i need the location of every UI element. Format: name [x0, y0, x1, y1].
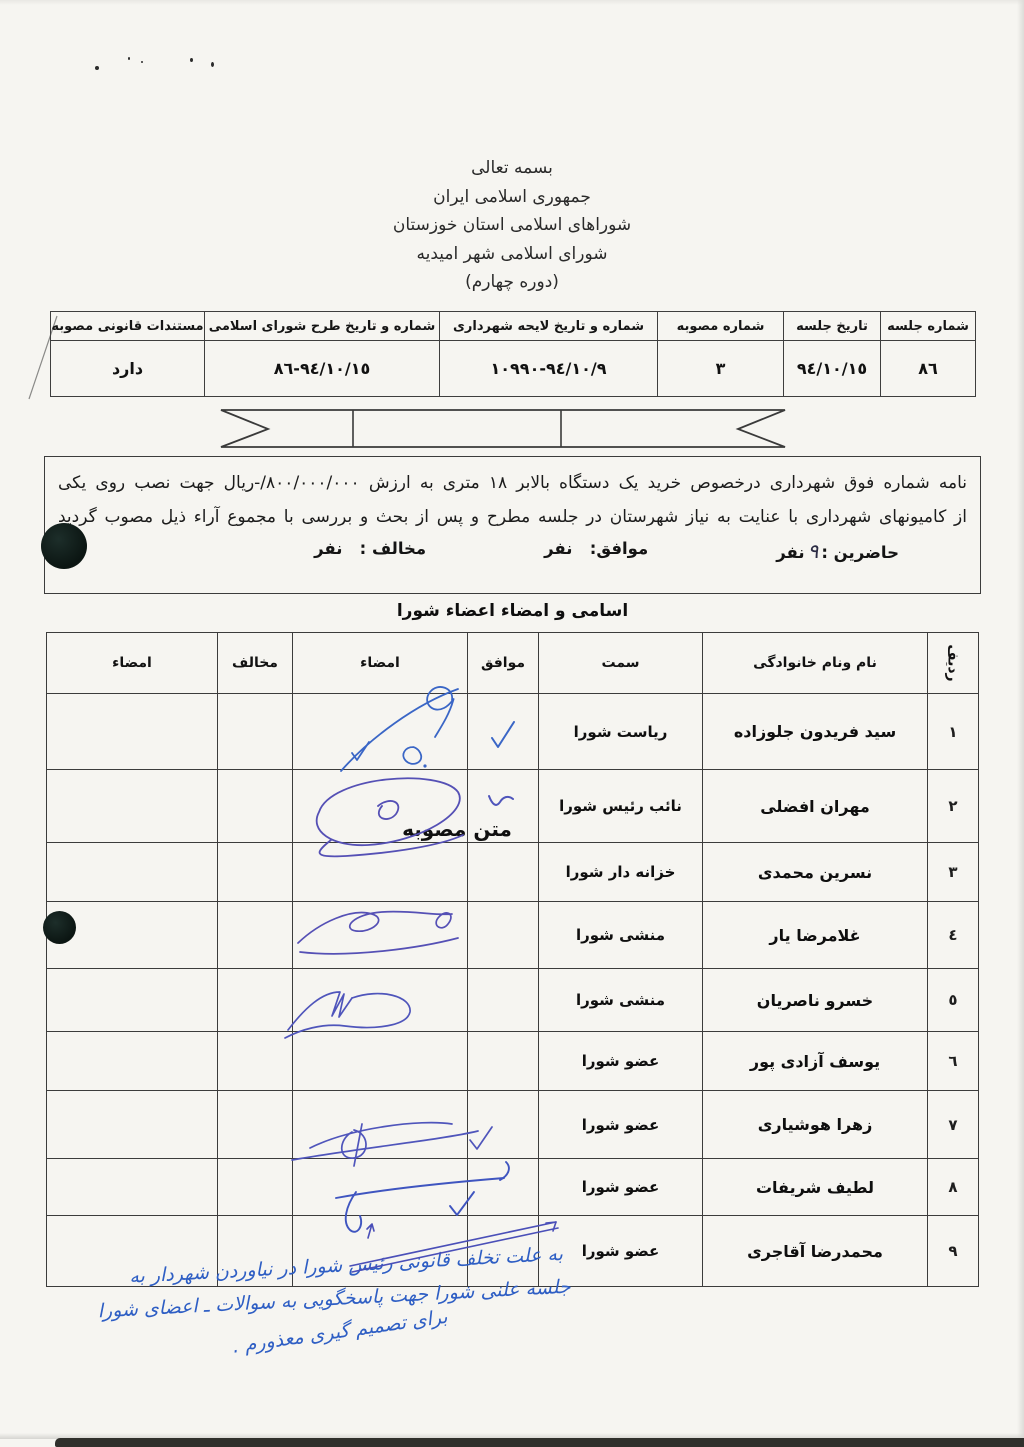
member-row: ٢ مهران افضلی نائب رئیس شورا — [47, 770, 979, 843]
meta-header-plan-no-date: شماره و تاریخ طرح شورای اسلامی — [205, 312, 440, 341]
meta-value-plan-no-date: ٩٤/١٠/١٥-٨٦ — [205, 341, 440, 397]
scan-edge-bottom — [55, 1438, 1024, 1447]
ink-speck — [211, 62, 214, 67]
meta-value-bill-no-date: ٩٤/١٠/٩-١٠٩٩٠ — [440, 341, 658, 397]
punch-hole — [43, 911, 76, 944]
oppose-signature-cell — [47, 969, 218, 1032]
agree-cell — [468, 694, 539, 770]
member-position: خزانه دار شورا — [539, 843, 703, 902]
agree-count: موافق: نفر — [544, 539, 648, 563]
meta-header-session-date: تاریخ جلسه — [784, 312, 881, 341]
member-position: عضو شورا — [539, 1032, 703, 1091]
oppose-signature-cell — [47, 843, 218, 902]
member-row: ٧ زهرا هوشیاری عضو شورا — [47, 1091, 979, 1159]
row-number: ٢ — [928, 770, 979, 843]
oppose-signature-cell — [47, 694, 218, 770]
row-number: ٣ — [928, 843, 979, 902]
scan-edge-top — [0, 0, 1024, 5]
members-signature-table: ردیف نام ونام خانوادگی سمت موافق امضاء م… — [46, 632, 979, 1287]
oppose-cell — [218, 694, 293, 770]
row-number: ١ — [928, 694, 979, 770]
agree-cell — [468, 1032, 539, 1091]
oppose-cell — [218, 1032, 293, 1091]
resolution-text-box: نامه شماره فوق شهرداری درخصوص خرید یک دس… — [44, 456, 981, 594]
oppose-cell — [218, 770, 293, 843]
row-number: ٤ — [928, 902, 979, 969]
resolution-line1-tail: ریال جهت نصب روی یکی — [58, 473, 254, 493]
member-row: ١ سید فریدون جلوزاده ریاست شورا — [47, 694, 979, 770]
member-name: زهرا هوشیاری — [703, 1091, 928, 1159]
letterhead-line: شوراهای اسلامی استان خوزستان — [0, 211, 1024, 240]
agree-cell — [468, 770, 539, 843]
ink-speck — [141, 61, 143, 63]
signature-cell — [293, 1091, 468, 1159]
ink-speck — [128, 57, 130, 60]
member-name: یوسف آزادی پور — [703, 1032, 928, 1091]
resolution-meta-table: شماره جلسه تاریخ جلسه شماره مصوبه شماره … — [50, 311, 976, 397]
signature-cell — [293, 1159, 468, 1216]
member-name: نسرین محمدی — [703, 843, 928, 902]
resolution-amount: -/٨٠٠/٠٠٠/٠٠٠ — [254, 473, 360, 493]
letterhead: بسمه تعالی جمهوری اسلامی ایران شوراهای ا… — [0, 154, 1024, 297]
agree-cell — [468, 1091, 539, 1159]
resolution-banner: متن مصوبه — [211, 402, 795, 454]
meta-value-session-date: ٩٤/١٠/١٥ — [784, 341, 881, 397]
member-row: ٣ نسرین محمدی خزانه دار شورا — [47, 843, 979, 902]
meta-header-legal-docs: مستندات قانونی مصوبه — [51, 312, 205, 341]
signature-cell — [293, 1032, 468, 1091]
ink-speck — [95, 66, 99, 70]
oppose-signature-cell — [47, 1032, 218, 1091]
member-name: مهران افضلی — [703, 770, 928, 843]
agree-cell — [468, 843, 539, 902]
meta-value-session-no: ٨٦ — [881, 341, 976, 397]
row-number: ٨ — [928, 1159, 979, 1216]
ink-speck — [190, 58, 193, 62]
oppose-cell — [218, 902, 293, 969]
oppose-cell — [218, 969, 293, 1032]
members-table-title: اسامی و امضاء اعضاء شورا — [44, 601, 981, 621]
member-name: خسرو ناصریان — [703, 969, 928, 1032]
member-position: نائب رئیس شورا — [539, 770, 703, 843]
member-row: ٥ خسرو ناصریان منشی شورا — [47, 969, 979, 1032]
meta-value-resolution-no: ٣ — [658, 341, 784, 397]
member-name: لطیف شریفات — [703, 1159, 928, 1216]
resolution-line1-text: نامه شماره فوق شهرداری درخصوص خرید یک دس… — [369, 473, 967, 493]
col-header-signature: امضاء — [293, 633, 468, 694]
vote-counts-line: حاضرین :٩نفر موافق: نفر مخالف : نفر — [58, 539, 967, 563]
letterhead-line: بسمه تعالی — [0, 154, 1024, 183]
oppose-signature-cell — [47, 1091, 218, 1159]
col-header-oppose: مخالف — [218, 633, 293, 694]
signature-cell — [293, 843, 468, 902]
member-name: محمدرضا آقاجری — [703, 1216, 928, 1287]
signature-cell — [293, 902, 468, 969]
resolution-line-1: نامه شماره فوق شهرداری درخصوص خرید یک دس… — [58, 466, 967, 500]
row-number: ٩ — [928, 1216, 979, 1287]
meta-value-legal-docs: دارد — [51, 341, 205, 397]
col-header-row-no: ردیف — [928, 633, 979, 694]
letterhead-line: شورای اسلامی شهر امیدیه — [0, 240, 1024, 269]
oppose-cell — [218, 843, 293, 902]
meta-header-bill-no-date: شماره و تاریخ لایحه شهرداری — [440, 312, 658, 341]
oppose-cell — [218, 1091, 293, 1159]
agree-cell — [468, 902, 539, 969]
col-header-position: سمت — [539, 633, 703, 694]
oppose-cell — [218, 1159, 293, 1216]
member-row: ٦ یوسف آزادی پور عضو شورا — [47, 1032, 979, 1091]
row-number: ٦ — [928, 1032, 979, 1091]
present-count-handwritten: ٩ — [805, 539, 822, 563]
member-position: ریاست شورا — [539, 694, 703, 770]
oppose-signature-cell — [47, 1159, 218, 1216]
col-header-name: نام ونام خانوادگی — [703, 633, 928, 694]
member-name: غلامرضا یار — [703, 902, 928, 969]
present-count: حاضرین :٩نفر — [776, 539, 899, 563]
meta-header-session-no: شماره جلسه — [881, 312, 976, 341]
col-header-signature-2: امضاء — [47, 633, 218, 694]
oppose-count: مخالف : نفر — [314, 539, 426, 563]
member-position: عضو شورا — [539, 1091, 703, 1159]
member-position: منشی شورا — [539, 902, 703, 969]
signature-cell — [293, 969, 468, 1032]
agree-cell — [468, 1159, 539, 1216]
member-row: ٤ غلامرضا یار منشی شورا — [47, 902, 979, 969]
punch-hole — [41, 523, 87, 569]
col-header-agree: موافق — [468, 633, 539, 694]
signature-cell — [293, 694, 468, 770]
letterhead-line: جمهوری اسلامی ایران — [0, 183, 1024, 212]
member-row: ٨ لطیف شریفات عضو شورا — [47, 1159, 979, 1216]
row-number: ٥ — [928, 969, 979, 1032]
oppose-signature-cell — [47, 770, 218, 843]
member-name: سید فریدون جلوزاده — [703, 694, 928, 770]
letterhead-line: (دوره چهارم) — [0, 268, 1024, 297]
scanned-document: بسمه تعالی جمهوری اسلامی ایران شوراهای ا… — [0, 0, 1024, 1447]
signature-cell — [293, 770, 468, 843]
resolution-line-2: از کامیونهای شهرداری با عنایت به نیاز شه… — [58, 500, 967, 534]
member-position: عضو شورا — [539, 1159, 703, 1216]
row-number: ٧ — [928, 1091, 979, 1159]
member-position: منشی شورا — [539, 969, 703, 1032]
meta-header-resolution-no: شماره مصوبه — [658, 312, 784, 341]
agree-cell — [468, 969, 539, 1032]
